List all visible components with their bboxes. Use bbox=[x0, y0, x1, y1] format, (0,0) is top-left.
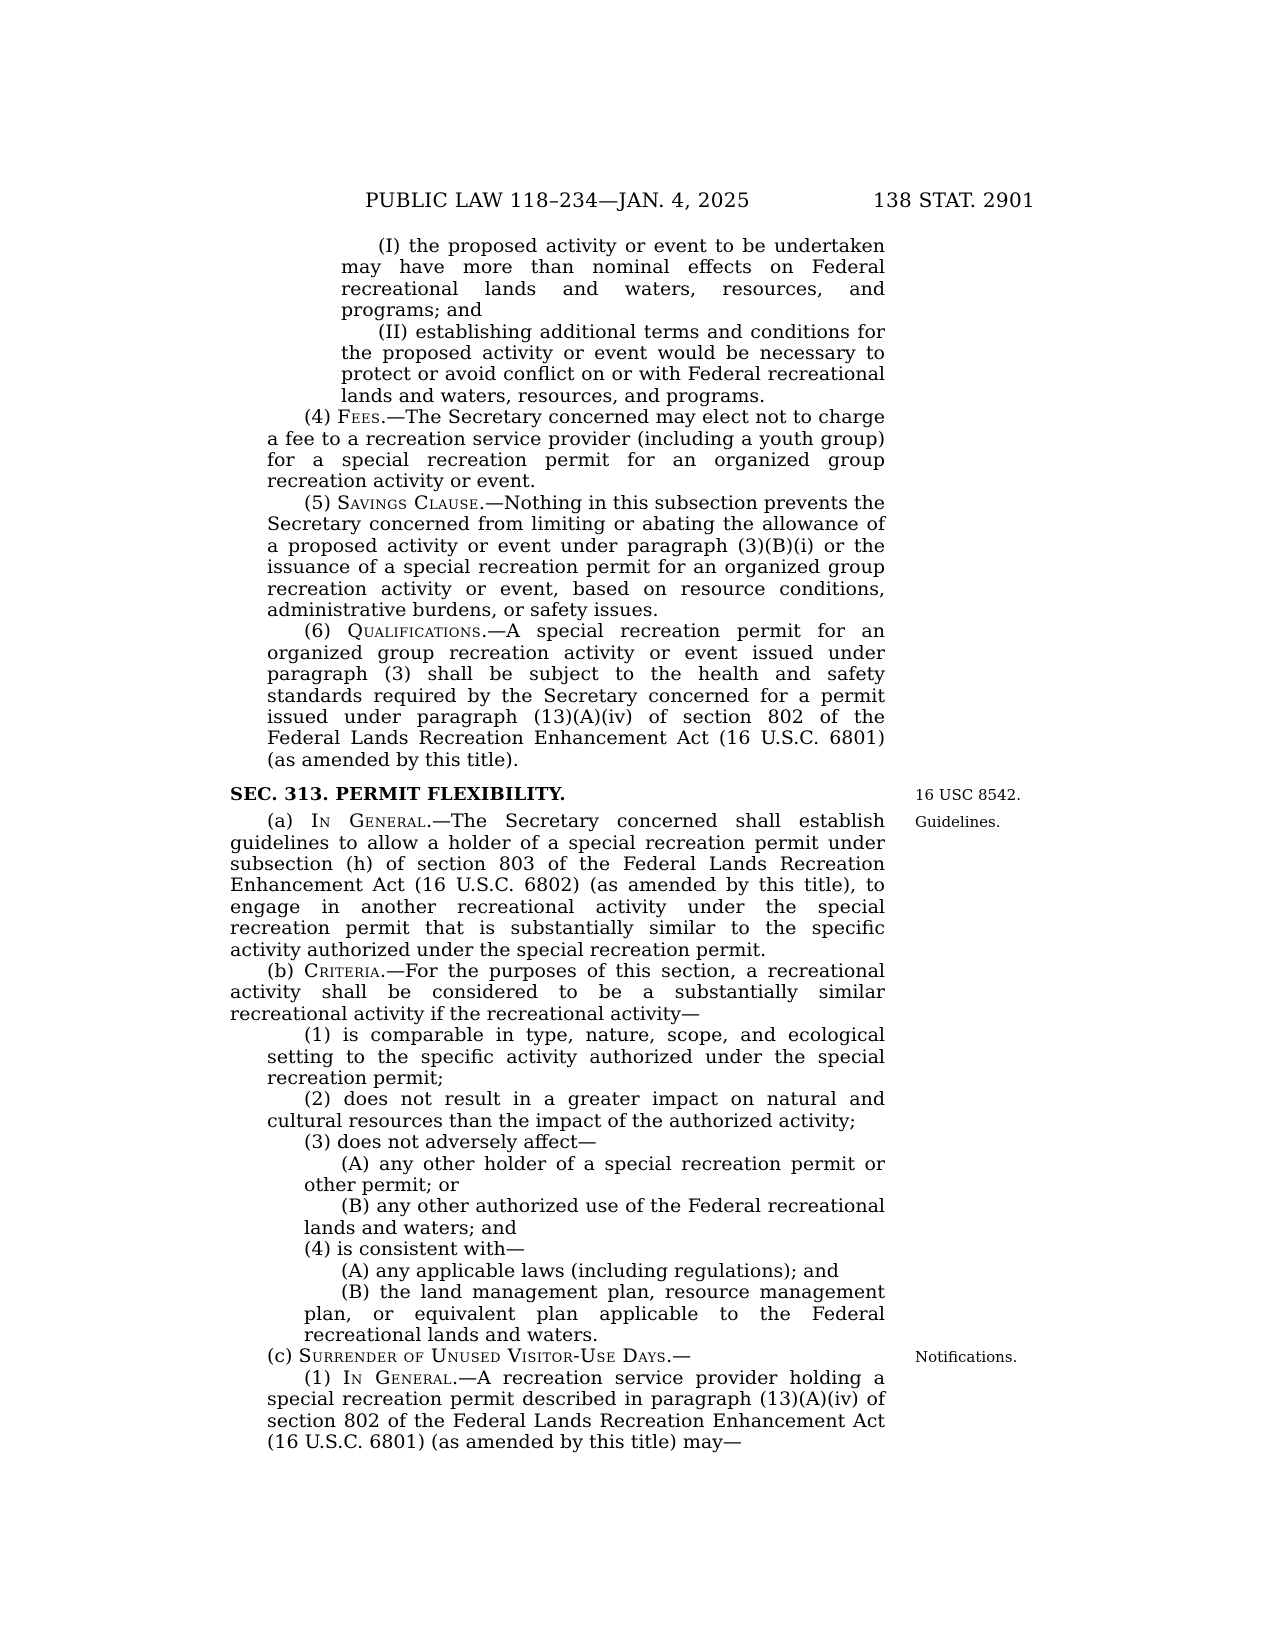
paragraph-text: (5) bbox=[304, 492, 337, 514]
paragraph-text: (a) bbox=[267, 810, 311, 832]
statute-paragraph: (I) the proposed activity or event to be… bbox=[230, 236, 885, 322]
paragraph-text: (1) bbox=[304, 1367, 343, 1389]
statute-paragraph: (1) In General.—A recreation service pro… bbox=[230, 1368, 885, 1454]
paragraph-smallcaps-label: Criteria bbox=[304, 960, 380, 982]
running-header-law-title: PUBLIC LAW 118–234—JAN. 4, 2025 bbox=[230, 188, 885, 212]
paragraph-text: (b) bbox=[267, 960, 304, 982]
paragraph-text: (I) the proposed activity or event to be… bbox=[341, 235, 885, 321]
statute-paragraph: (4) Fees.—The Secretary concerned may el… bbox=[230, 407, 885, 493]
paragraph-smallcaps-label: In General bbox=[311, 810, 426, 832]
paragraph-text: .—The Secretary concerned shall establis… bbox=[230, 810, 885, 960]
statute-paragraph: (1) is comparable in type, nature, scope… bbox=[230, 1025, 885, 1089]
paragraph-text: (A) any other holder of a special recrea… bbox=[304, 1153, 885, 1196]
paragraph-text: (B) the land management plan, resource m… bbox=[304, 1281, 885, 1346]
statute-paragraph: (c) Surrender of Unused Visitor-Use Days… bbox=[230, 1346, 885, 1367]
statute-paragraph: (5) Savings Clause.—Nothing in this subs… bbox=[230, 493, 885, 621]
statute-paragraph: (2) does not result in a greater impact … bbox=[230, 1089, 885, 1132]
paragraph-smallcaps-label: In General bbox=[343, 1367, 452, 1389]
paragraph-smallcaps-label: Fees bbox=[337, 406, 380, 428]
paragraph-smallcaps-label: Surrender of Unused Visitor-Use Days bbox=[299, 1345, 667, 1367]
statute-paragraph: (A) any applicable laws (including regul… bbox=[230, 1261, 885, 1282]
section-heading: SEC. 313. PERMIT FLEXIBILITY.16 USC 8542… bbox=[230, 784, 885, 806]
statute-paragraph: (6) Qualifications.—A special recreation… bbox=[230, 621, 885, 771]
statute-paragraph: (a) In General.—The Secretary concerned … bbox=[230, 811, 885, 961]
paragraph-text: (4) bbox=[304, 406, 337, 428]
statute-paragraph: (3) does not adversely affect— bbox=[230, 1132, 885, 1153]
statute-paragraph: (II) establishing additional terms and c… bbox=[230, 322, 885, 408]
paragraph-text: (B) any other authorized use of the Fede… bbox=[304, 1195, 885, 1238]
statute-content: (I) the proposed activity or event to be… bbox=[230, 236, 1035, 1453]
margin-note: 16 USC 8542. bbox=[915, 786, 1035, 804]
statute-paragraph: (4) is consistent with— bbox=[230, 1239, 885, 1260]
paragraph-smallcaps-label: Savings Clause bbox=[337, 492, 479, 514]
paragraph-text: (6) bbox=[304, 620, 347, 642]
margin-note: Guidelines. bbox=[915, 813, 1035, 831]
statute-paragraph: (B) any other authorized use of the Fede… bbox=[230, 1196, 885, 1239]
running-header: PUBLIC LAW 118–234—JAN. 4, 2025 138 STAT… bbox=[230, 188, 1035, 214]
margin-note: Notifications. bbox=[915, 1348, 1035, 1366]
paragraph-text: (4) is consistent with— bbox=[304, 1238, 525, 1260]
running-header-stat-page-number: 138 STAT. 2901 bbox=[873, 188, 1035, 212]
paragraph-smallcaps-label: Qualifications bbox=[347, 620, 481, 642]
paragraph-text: .—A special recreation permit for an org… bbox=[267, 620, 885, 770]
section-heading-text: SEC. 313. PERMIT FLEXIBILITY. bbox=[230, 784, 566, 805]
paragraph-text: (1) is comparable in type, nature, scope… bbox=[267, 1024, 885, 1089]
statute-paragraph: (A) any other holder of a special recrea… bbox=[230, 1154, 885, 1197]
statute-page: PUBLIC LAW 118–234—JAN. 4, 2025 138 STAT… bbox=[0, 0, 1275, 1650]
paragraph-text: (II) establishing additional terms and c… bbox=[341, 321, 885, 407]
paragraph-text: (2) does not result in a greater impact … bbox=[267, 1088, 885, 1131]
statute-paragraph: (b) Criteria.—For the purposes of this s… bbox=[230, 961, 885, 1025]
paragraph-text: .— bbox=[666, 1345, 691, 1367]
paragraph-text: (A) any applicable laws (including regul… bbox=[341, 1260, 839, 1282]
statute-paragraph: (B) the land management plan, resource m… bbox=[230, 1282, 885, 1346]
paragraph-text: (3) does not adversely affect— bbox=[304, 1131, 597, 1153]
paragraph-text: (c) bbox=[267, 1345, 299, 1367]
